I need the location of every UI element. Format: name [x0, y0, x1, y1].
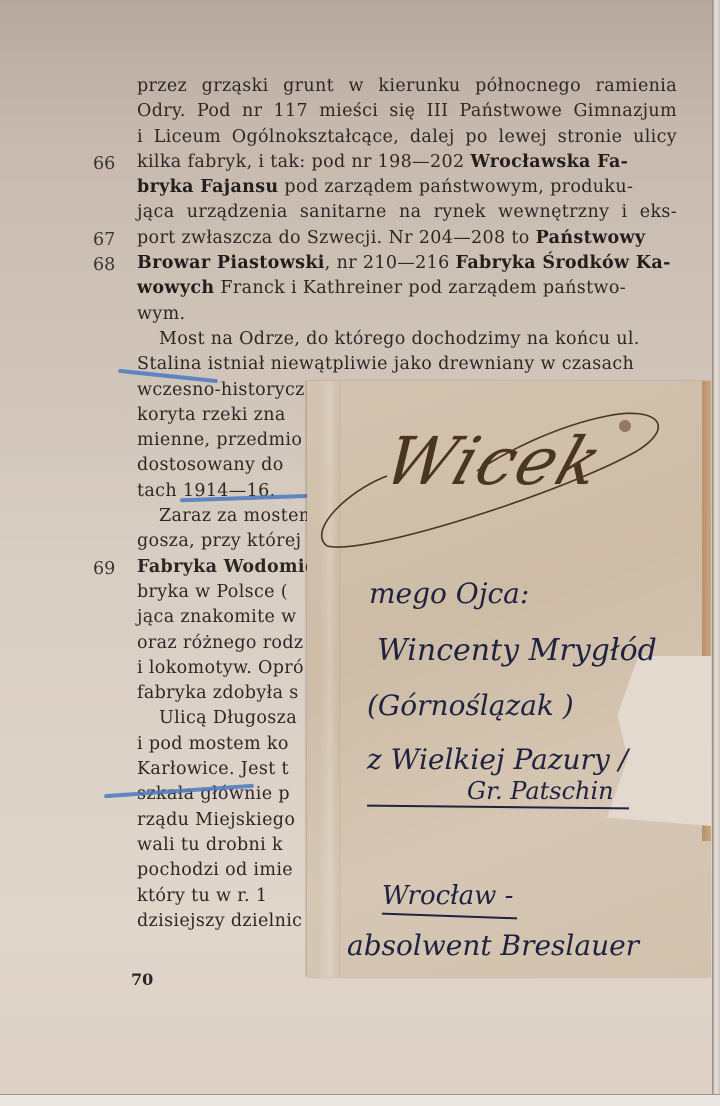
- handwriting-line: absolwent Breslauer: [347, 929, 639, 962]
- text-run: pod zarządem państwowym, produku-: [279, 177, 634, 197]
- text-line: bryka Fajansu pod zarządem państwowym, p…: [137, 175, 677, 200]
- text-line: Browar Piastowski, nr 210—216 Fabryka Śr…: [137, 251, 677, 276]
- book-page: 66 67 68 69 przez grząski grunt w kierun…: [0, 0, 714, 1094]
- text-line: wym.: [137, 302, 677, 327]
- signature: Wicek: [374, 423, 613, 500]
- bold-name: wowych: [137, 278, 214, 298]
- margin-number: 67: [93, 230, 115, 250]
- text-run: Franck i Kathreiner pod zarządem państwo…: [214, 278, 626, 298]
- bold-name: Wrocławska Fa-: [470, 152, 628, 172]
- handwriting-line: Wrocław -: [382, 881, 513, 911]
- handwritten-underline: [367, 805, 629, 810]
- margin-number: 66: [93, 154, 115, 174]
- text-line: Odry. Pod nr 117 mieści się III Państwow…: [137, 99, 677, 124]
- bold-name: Browar Piastowski: [137, 253, 325, 273]
- text-line: jąca urządzenia sanitarne na rynek wewnę…: [137, 200, 677, 225]
- text-run: , nr 210—216: [325, 253, 456, 273]
- margin-number: 68: [93, 255, 115, 275]
- text-line: wowych Franck i Kathreiner pod zarządem …: [137, 276, 677, 301]
- handwriting-line: (Górnoślązak ): [367, 689, 574, 722]
- text-line: kilka fabryk, i tak: pod nr 198—202 Wroc…: [137, 150, 677, 175]
- text-line: przez grząski grunt w kierunku północneg…: [137, 74, 677, 99]
- text-line: Stalina istniał niewątpliwie jako drewni…: [137, 352, 677, 377]
- bold-name: bryka Fajansu: [137, 177, 279, 197]
- bold-name: Fabryka Środków Ka-: [456, 253, 671, 273]
- card-tear: [607, 656, 711, 826]
- page-edge: [712, 0, 720, 1106]
- text-line: port zwłaszcza do Szwecji. Nr 204—208 to…: [137, 226, 677, 251]
- handwriting-line: Wincenty Mrygłód: [377, 633, 657, 668]
- handwritten-card: Wicek mego Ojca: Wincenty Mrygłód (Górno…: [307, 381, 711, 977]
- bold-name: Państwowy: [536, 228, 646, 248]
- margin-number: 69: [93, 559, 115, 579]
- handwriting-line: Gr. Patschin: [467, 777, 614, 805]
- text-run: kilka fabryk, i tak: pod nr 198—202: [137, 152, 470, 172]
- handwriting-line: z Wielkiej Pazury /: [367, 743, 628, 776]
- text-line: i Liceum Ogólnokształcące, dalej po lewe…: [137, 125, 677, 150]
- text-run: port zwłaszcza do Szwecji. Nr 204—208 to: [137, 228, 536, 248]
- handwriting-line: mego Ojca:: [369, 577, 529, 610]
- text-line: Most na Odrze, do którego dochodzimy na …: [137, 327, 677, 352]
- handwritten-underline: [382, 913, 517, 920]
- page-number: 70: [131, 970, 153, 989]
- page-bottom-edge: [0, 1094, 720, 1106]
